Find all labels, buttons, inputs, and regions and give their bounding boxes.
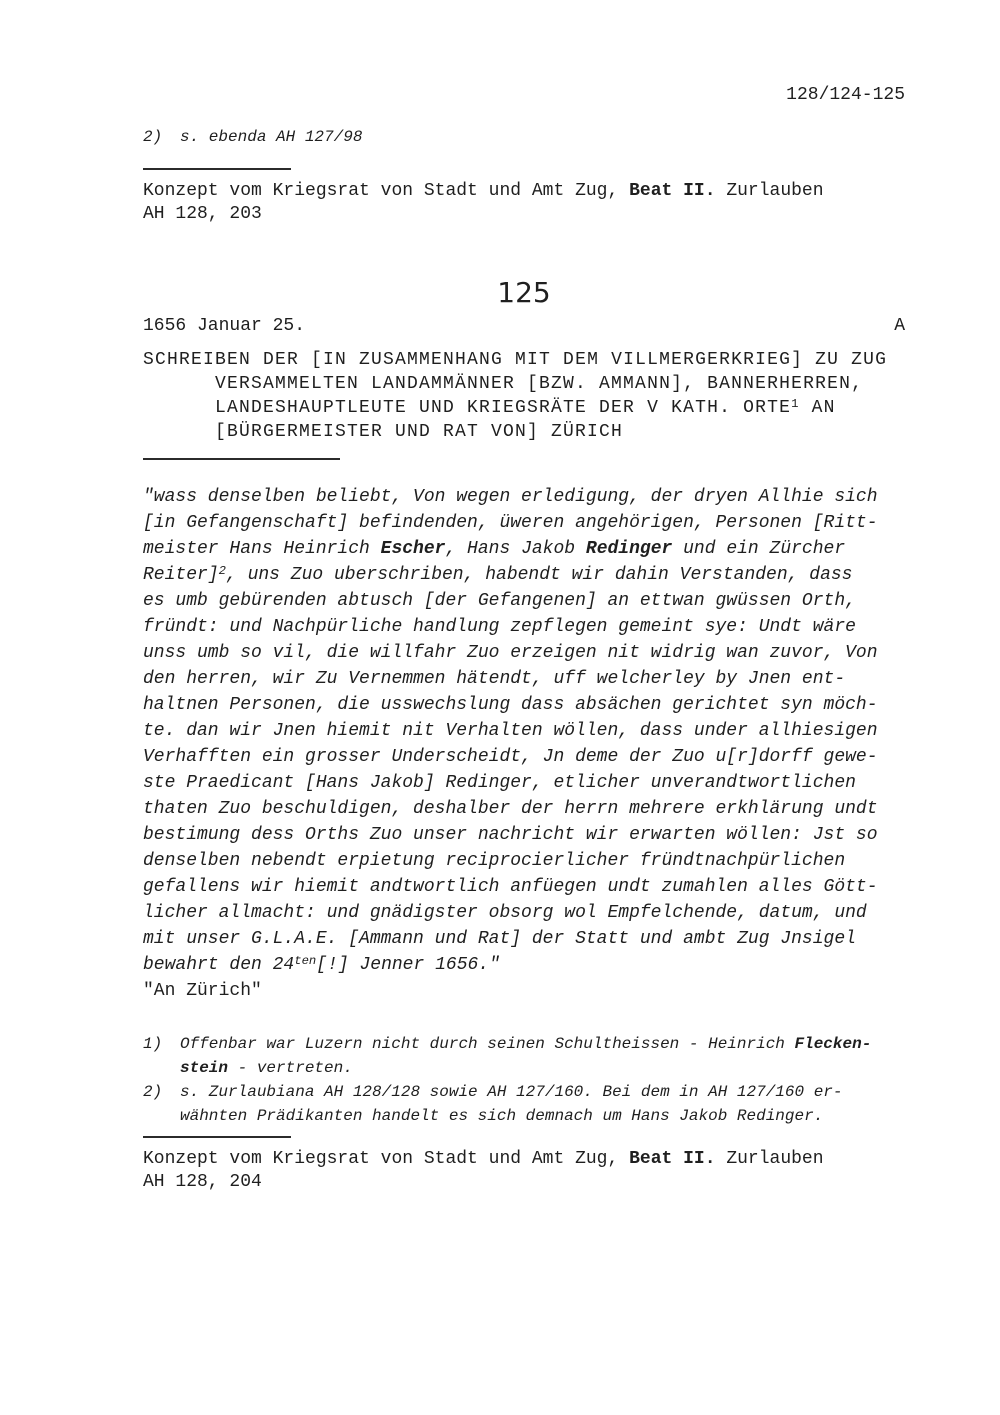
footnote-line: stein - vertreten. [180, 1056, 905, 1080]
title-line: LANDESHAUPTLEUTE UND KRIEGSRÄTE DER V KA… [143, 396, 905, 420]
quotation-line: bewahrt den 24ten[!] Jenner 1656." [143, 952, 905, 978]
footnote-line: wähnten Prädikanten handelt es sich demn… [180, 1104, 905, 1128]
page-content: 128/124-125 2) s. ebenda AH 127/98 Konze… [0, 0, 1000, 1194]
quotation-line: licher allmacht: und gnädigster obsorg w… [143, 900, 905, 926]
quotation-line: meister Hans Heinrich Escher, Hans Jakob… [143, 536, 905, 562]
title-line: [BÜRGERMEISTER UND RAT VON] ZÜRICH [143, 420, 905, 444]
footnote-text: s. Zurlaubiana AH 128/128 sowie AH 127/1… [180, 1080, 905, 1128]
document-title: SCHREIBEN DER [IN ZUSAMMENHANG MIT DEM V… [143, 348, 905, 444]
footnote: 2)s. Zurlaubiana AH 128/128 sowie AH 127… [143, 1080, 905, 1128]
title-line: VERSAMMELTEN LANDAMMÄNNER [BZW. AMMANN],… [143, 372, 905, 396]
archive-reference: AH 128, 203 [143, 203, 905, 226]
quoted-body: "wass denselben beliebt, Von wegen erled… [143, 484, 905, 978]
quotation-line: mit unser G.L.A.E. [Ammann und Rat] der … [143, 926, 905, 952]
footnote-line: Offenbar war Luzern nicht durch seinen S… [180, 1032, 905, 1056]
quotation-line: [in Gefangenschaft] befindenden, üweren … [143, 510, 905, 536]
quotation-line: Reiter]2, uns Zuo uberschriben, habendt … [143, 562, 905, 588]
address-line: "An Zürich" [143, 978, 905, 1004]
page-header: 128/124-125 [143, 0, 905, 104]
quotation-line: ste Praedicant [Hans Jakob] Redinger, et… [143, 770, 905, 796]
date-line: 1656 Januar 25. A [143, 315, 905, 338]
document-page: 128/124-125 2) s. ebenda AH 127/98 Konze… [0, 0, 1000, 1415]
source-line: Konzept vom Kriegsrat von Stadt und Amt … [143, 180, 905, 203]
title-line: SCHREIBEN DER [IN ZUSAMMENHANG MIT DEM V… [143, 348, 905, 372]
quotation-line: den herren, wir Zu Vernemmen hätendt, uf… [143, 666, 905, 692]
document-siglum: A [894, 315, 905, 338]
document-date: 1656 Januar 25. [143, 315, 305, 338]
divider [143, 1136, 291, 1138]
footnote-text: s. ebenda AH 127/98 [180, 126, 362, 148]
footnotes-section: 1)Offenbar war Luzern nicht durch seinen… [143, 1032, 905, 1128]
footnote-text: Offenbar war Luzern nicht durch seinen S… [180, 1032, 905, 1080]
quotation-line: fründt: und Nachpürliche handlung zepfle… [143, 614, 905, 640]
archive-page-number: 128/124-125 [786, 85, 905, 105]
footnote-marker: 1) [143, 1032, 180, 1080]
quotation-line: "wass denselben beliebt, Von wegen erled… [143, 484, 905, 510]
carryover-footnote: 2) s. ebenda AH 127/98 [143, 126, 905, 148]
quotation-line: bestimung dess Orths Zuo unser nachricht… [143, 822, 905, 848]
quotation-line: es umb gebürenden abtusch [der Gefangene… [143, 588, 905, 614]
quotation-line: te. dan wir Jnen hiemit nit Verhalten wö… [143, 718, 905, 744]
source-line: Konzept vom Kriegsrat von Stadt und Amt … [143, 1148, 905, 1171]
divider [143, 168, 291, 170]
source-note-bottom: Konzept vom Kriegsrat von Stadt und Amt … [143, 1148, 905, 1194]
quotation-line: gefallens wir hiemit andtwortlich anfüeg… [143, 874, 905, 900]
divider [143, 458, 340, 460]
footnote: 1)Offenbar war Luzern nicht durch seinen… [143, 1032, 905, 1080]
quotation-line: thaten Zuo beschuldigen, deshalber der h… [143, 796, 905, 822]
footnote-marker: 2) [143, 126, 180, 148]
footnote-line: s. Zurlaubiana AH 128/128 sowie AH 127/1… [180, 1080, 905, 1104]
archive-reference: AH 128, 204 [143, 1171, 905, 1194]
quotation-line: haltnen Personen, die usswechslung dass … [143, 692, 905, 718]
quotation-line: denselben nebendt erpietung reciprocierl… [143, 848, 905, 874]
quotation-line: unss umb so vil, die willfahr Zuo erzeig… [143, 640, 905, 666]
source-note-top: Konzept vom Kriegsrat von Stadt und Amt … [143, 180, 905, 226]
document-number: 125 [143, 276, 905, 309]
footnote-marker: 2) [143, 1080, 180, 1128]
quotation-line: Verhafften ein grosser Underscheidt, Jn … [143, 744, 905, 770]
